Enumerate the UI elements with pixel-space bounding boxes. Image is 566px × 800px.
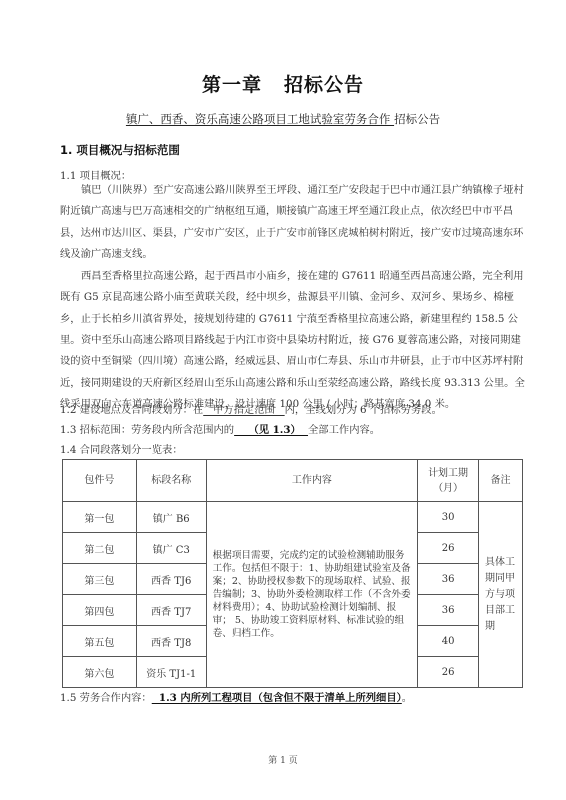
project-name: 镇广、西香、资乐高速公路项目工地试验室劳务合作 [126,112,394,126]
subtitle-suffix: 招标公告 [394,112,440,126]
cell-note: 具体工期同甲方与项目部工期 [479,502,523,688]
cell-section: 西香 TJ7 [136,595,206,626]
overview-paragraph-zhenguang: 镇巴（川陕界）至广安高速公路川陕界至王坪段、通江至广安段起于巴中市通江县广纳镇橡… [60,180,526,266]
cell-package: 第一包 [63,502,137,533]
header-work: 工作内容 [206,460,417,502]
table-header-row: 包件号 标段名称 工作内容 计划工期（月） 备注 [63,460,523,502]
cell-duration: 30 [418,502,479,533]
document-subtitle: 镇广、西香、资乐高速公路项目工地试验室劳务合作 招标公告 [0,111,566,127]
chapter-title: 第一章招标公告 [0,70,566,97]
section-heading-1: 1. 项目概况与招标范围 [60,142,180,158]
document-page: 第一章招标公告 镇广、西香、资乐高速公路项目工地试验室劳务合作 招标公告 1. … [0,0,566,800]
header-package: 包件号 [63,460,137,502]
table-row: 第一包 镇广 B6 根据项目需要，完成约定的试验检测辅助服务工作。包括但不限于：… [63,502,523,533]
section-1-3: 1.3 招标范围：劳务段内所含范围内的 （见 1.3） 全部工作内容。 [60,421,380,436]
cell-section: 镇广 B6 [136,502,206,533]
cell-package: 第三包 [63,564,137,595]
section-1-4-label: 1.4 合同段落划分一览表： [60,441,183,456]
header-note: 备注 [479,460,523,502]
section-1-3-suffix: 全部工作内容。 [308,424,380,436]
cell-duration: 26 [418,533,479,564]
tender-scope-value: （见 1.3） [234,424,308,436]
cell-package: 第四包 [63,595,137,626]
cell-package: 第六包 [63,657,137,688]
header-duration: 计划工期（月） [418,460,479,502]
cell-duration: 40 [418,626,479,657]
section-1-5: 1.5 劳务合作内容： 1.3 内所列工程项目（包含但不限于清单上所列细目）。 [60,689,412,704]
section-1-2: 1.2 建设地点及合同段划分：在 甲方指定范围 内，全线划分为 6 个招标劳务段… [60,401,442,416]
cell-duration: 36 [418,595,479,626]
section-1-2-prefix: 1.2 建设地点及合同段划分：在 [60,404,203,416]
cell-section: 西香 TJ8 [136,626,206,657]
cell-section: 镇广 C3 [136,533,206,564]
cell-package: 第二包 [63,533,137,564]
construction-location-value: 甲方指定范围 [203,404,284,416]
cell-section: 资乐 TJ1-1 [136,657,206,688]
cell-work-content: 根据项目需要，完成约定的试验检测辅助服务工作。包括但不限于：1、协助组建试验室及… [206,502,417,688]
section-1-5-prefix: 1.5 劳务合作内容： [60,692,152,704]
cell-duration: 26 [418,657,479,688]
page-number: 第 1 页 [0,753,566,766]
cell-package: 第五包 [63,626,137,657]
labor-cooperation-value: 1.3 内所列工程项目（包含但不限于清单上所列细目） [152,692,402,704]
cell-section: 西香 TJ6 [136,564,206,595]
chapter-name: 招标公告 [284,74,364,96]
header-section: 标段名称 [136,460,206,502]
cell-duration: 36 [418,564,479,595]
section-1-2-suffix: 内，全线划分为 6 个招标劳务段。 [285,404,442,416]
contract-division-table: 包件号 标段名称 工作内容 计划工期（月） 备注 第一包 镇广 B6 根据项目需… [62,459,523,688]
section-1-5-suffix: 。 [402,692,412,704]
section-1-3-prefix: 1.3 招标范围：劳务段内所含范围内的 [60,424,234,436]
chapter-number: 第一章 [202,74,262,96]
